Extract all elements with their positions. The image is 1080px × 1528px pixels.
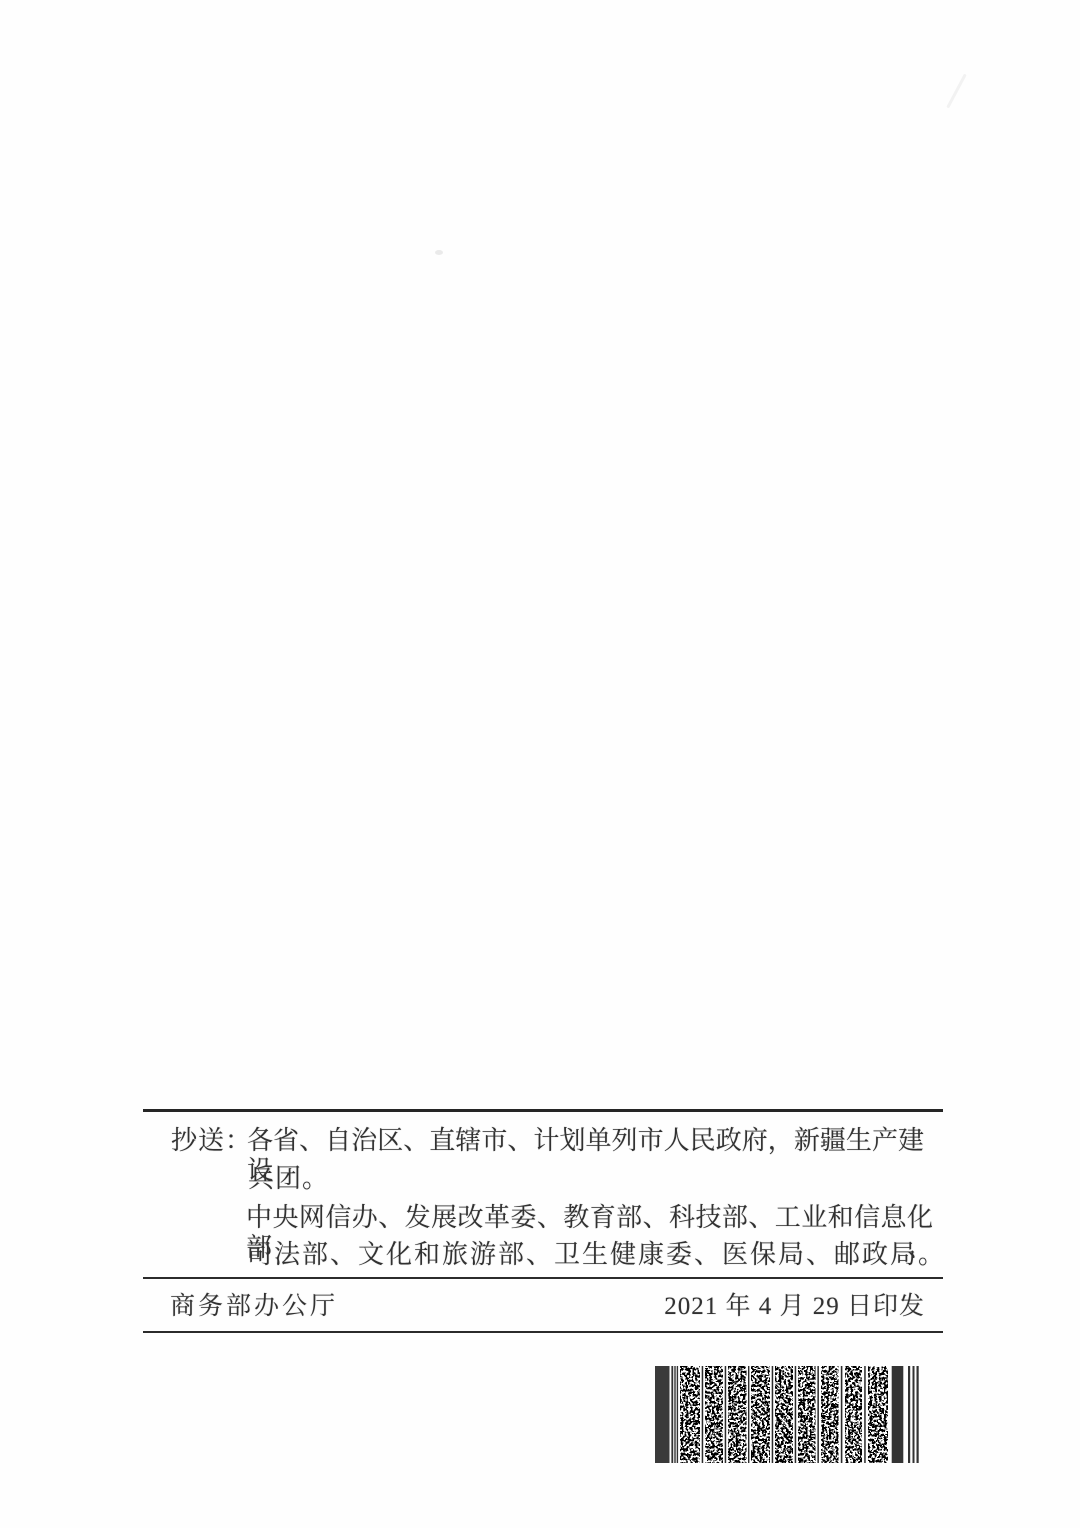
separator-rule-bottom bbox=[143, 1331, 943, 1333]
scan-artifact bbox=[946, 74, 966, 109]
separator-rule-middle bbox=[143, 1277, 943, 1279]
cc-line-2: 兵团。 bbox=[248, 1164, 329, 1194]
cc-line-4: 司法部、文化和旅游部、卫生健康委、医保局、邮政局。 bbox=[246, 1240, 946, 1270]
document-page: 抄送： 各省、自治区、直辖市、计划单列市人民政府，新疆生产建设 兵团。 中央网信… bbox=[0, 0, 1080, 1528]
cc-label: 抄送： bbox=[171, 1126, 252, 1156]
scan-artifact bbox=[435, 250, 443, 255]
document-barcode bbox=[655, 1366, 920, 1463]
barcode-icon bbox=[655, 1366, 920, 1463]
cc-line-1: 各省、自治区、直辖市、计划单列市人民政府，新疆生产建设 bbox=[247, 1126, 924, 1186]
print-date: 2021 年 4 月 29 日印发 bbox=[664, 1292, 925, 1322]
issuing-office: 商务部办公厅 bbox=[170, 1292, 338, 1322]
separator-rule-top bbox=[143, 1109, 943, 1112]
